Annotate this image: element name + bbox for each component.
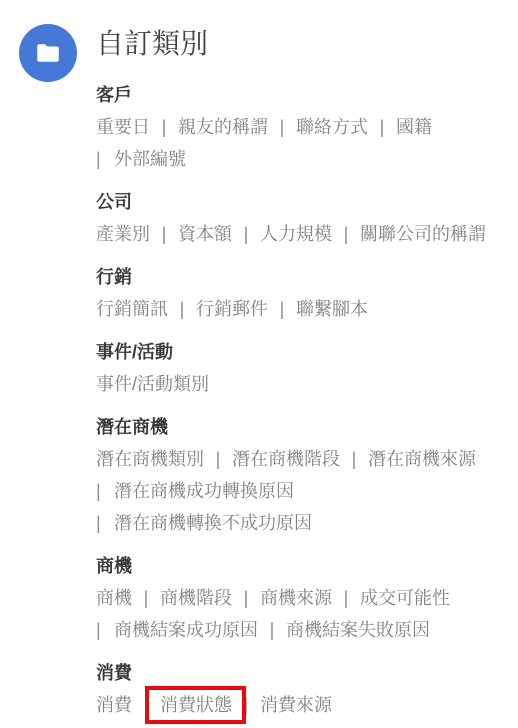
category-item[interactable]: 外部編號 xyxy=(114,149,186,169)
folder-icon xyxy=(34,39,62,67)
category-items-line: 商機|商機階段|商機來源|成交可能性 xyxy=(96,582,512,614)
category-items-line: 潛在商機類別|潛在商機階段|潛在商機來源 xyxy=(96,443,512,475)
pipe-separator: | xyxy=(132,582,160,614)
pipe-separator: | xyxy=(332,582,360,614)
pipe-separator: | xyxy=(268,111,296,143)
category-name: 潛在商機 xyxy=(96,411,512,443)
pipe-separator: | xyxy=(168,293,196,325)
pipe-separator: | xyxy=(340,443,368,475)
category-items-line: 消費|消費狀態|消費來源 xyxy=(96,689,512,721)
pipe-separator: | xyxy=(204,443,232,475)
pipe-separator: | xyxy=(150,218,178,250)
content-column: 自訂類別 客戶重要日|親友的稱謂|聯絡方式|國籍|外部編號公司產業別|資本額|人… xyxy=(96,0,512,721)
category-item[interactable]: 聯絡方式 xyxy=(296,117,368,137)
pipe-separator: | xyxy=(258,614,286,646)
category-section: 事件/活動事件/活動類別 xyxy=(96,336,512,400)
category-item[interactable]: 潛在商機成功轉換原因 xyxy=(114,481,294,501)
category-item[interactable]: 關聯公司的稱謂 xyxy=(360,224,486,244)
page-title: 自訂類別 xyxy=(96,26,512,62)
pipe-separator: | xyxy=(268,293,296,325)
category-section: 商機商機|商機階段|商機來源|成交可能性|商機結案成功原因|商機結案失敗原因 xyxy=(96,550,512,646)
category-section: 客戶重要日|親友的稱謂|聯絡方式|國籍|外部編號 xyxy=(96,79,512,175)
category-items-line: |外部編號 xyxy=(96,143,512,175)
category-name: 消費 xyxy=(96,657,512,689)
category-item[interactable]: 產業別 xyxy=(96,224,150,244)
category-section: 潛在商機潛在商機類別|潛在商機階段|潛在商機來源|潛在商機成功轉換原因|潛在商機… xyxy=(96,411,512,539)
highlight-box xyxy=(145,686,246,724)
category-item[interactable]: 國籍 xyxy=(396,117,432,137)
pipe-separator: | xyxy=(96,614,114,646)
category-item[interactable]: 商機結案成功原因 xyxy=(114,620,258,640)
category-items-line: 事件/活動類別 xyxy=(96,368,512,400)
category-item[interactable]: 行銷郵件 xyxy=(196,299,268,319)
folder-icon-badge xyxy=(19,24,77,82)
pipe-separator: | xyxy=(150,111,178,143)
category-item[interactable]: 潛在商機來源 xyxy=(368,449,476,469)
category-item[interactable]: 成交可能性 xyxy=(360,588,450,608)
category-item[interactable]: 消費來源 xyxy=(260,695,332,715)
pipe-separator: | xyxy=(368,111,396,143)
category-section: 消費消費|消費狀態|消費來源 xyxy=(96,657,512,721)
category-item[interactable]: 商機來源 xyxy=(260,588,332,608)
category-item[interactable]: 商機結案失敗原因 xyxy=(286,620,430,640)
category-item[interactable]: 重要日 xyxy=(96,117,150,137)
category-item[interactable]: 親友的稱謂 xyxy=(178,117,268,137)
pipe-separator: | xyxy=(232,689,260,721)
pipe-separator: | xyxy=(232,218,260,250)
category-item[interactable]: 消費 xyxy=(96,695,132,715)
category-item[interactable]: 行銷簡訊 xyxy=(96,299,168,319)
pipe-separator: | xyxy=(332,218,360,250)
category-item[interactable]: 潛在商機類別 xyxy=(96,449,204,469)
category-items-line: 行銷簡訊|行銷郵件|聯繫腳本 xyxy=(96,293,512,325)
category-items-line: |潛在商機轉換不成功原因 xyxy=(96,507,512,539)
category-item[interactable]: 資本額 xyxy=(178,224,232,244)
pipe-separator: | xyxy=(132,689,160,721)
category-name: 商機 xyxy=(96,550,512,582)
category-item[interactable]: 潛在商機階段 xyxy=(232,449,340,469)
category-list: 客戶重要日|親友的稱謂|聯絡方式|國籍|外部編號公司產業別|資本額|人力規模|關… xyxy=(96,79,512,721)
pipe-separator: | xyxy=(96,143,114,175)
pipe-separator: | xyxy=(232,582,260,614)
category-items-line: 重要日|親友的稱謂|聯絡方式|國籍 xyxy=(96,111,512,143)
category-section: 公司產業別|資本額|人力規模|關聯公司的稱謂 xyxy=(96,186,512,250)
category-item[interactable]: 商機階段 xyxy=(160,588,232,608)
category-item[interactable]: 消費狀態 xyxy=(160,695,232,715)
category-item[interactable]: 商機 xyxy=(96,588,132,608)
category-name: 事件/活動 xyxy=(96,336,512,368)
category-item[interactable]: 潛在商機轉換不成功原因 xyxy=(114,513,312,533)
pipe-separator: | xyxy=(96,475,114,507)
category-item[interactable]: 人力規模 xyxy=(260,224,332,244)
category-items-line: 產業別|資本額|人力規模|關聯公司的稱謂 xyxy=(96,218,512,250)
category-name: 客戶 xyxy=(96,79,512,111)
pipe-separator: | xyxy=(96,507,114,539)
category-name: 行銷 xyxy=(96,261,512,293)
category-items-line: |商機結案成功原因|商機結案失敗原因 xyxy=(96,614,512,646)
category-name: 公司 xyxy=(96,186,512,218)
category-item[interactable]: 聯繫腳本 xyxy=(296,299,368,319)
category-section: 行銷行銷簡訊|行銷郵件|聯繫腳本 xyxy=(96,261,512,325)
category-items-line: |潛在商機成功轉換原因 xyxy=(96,475,512,507)
category-item[interactable]: 事件/活動類別 xyxy=(96,374,209,394)
